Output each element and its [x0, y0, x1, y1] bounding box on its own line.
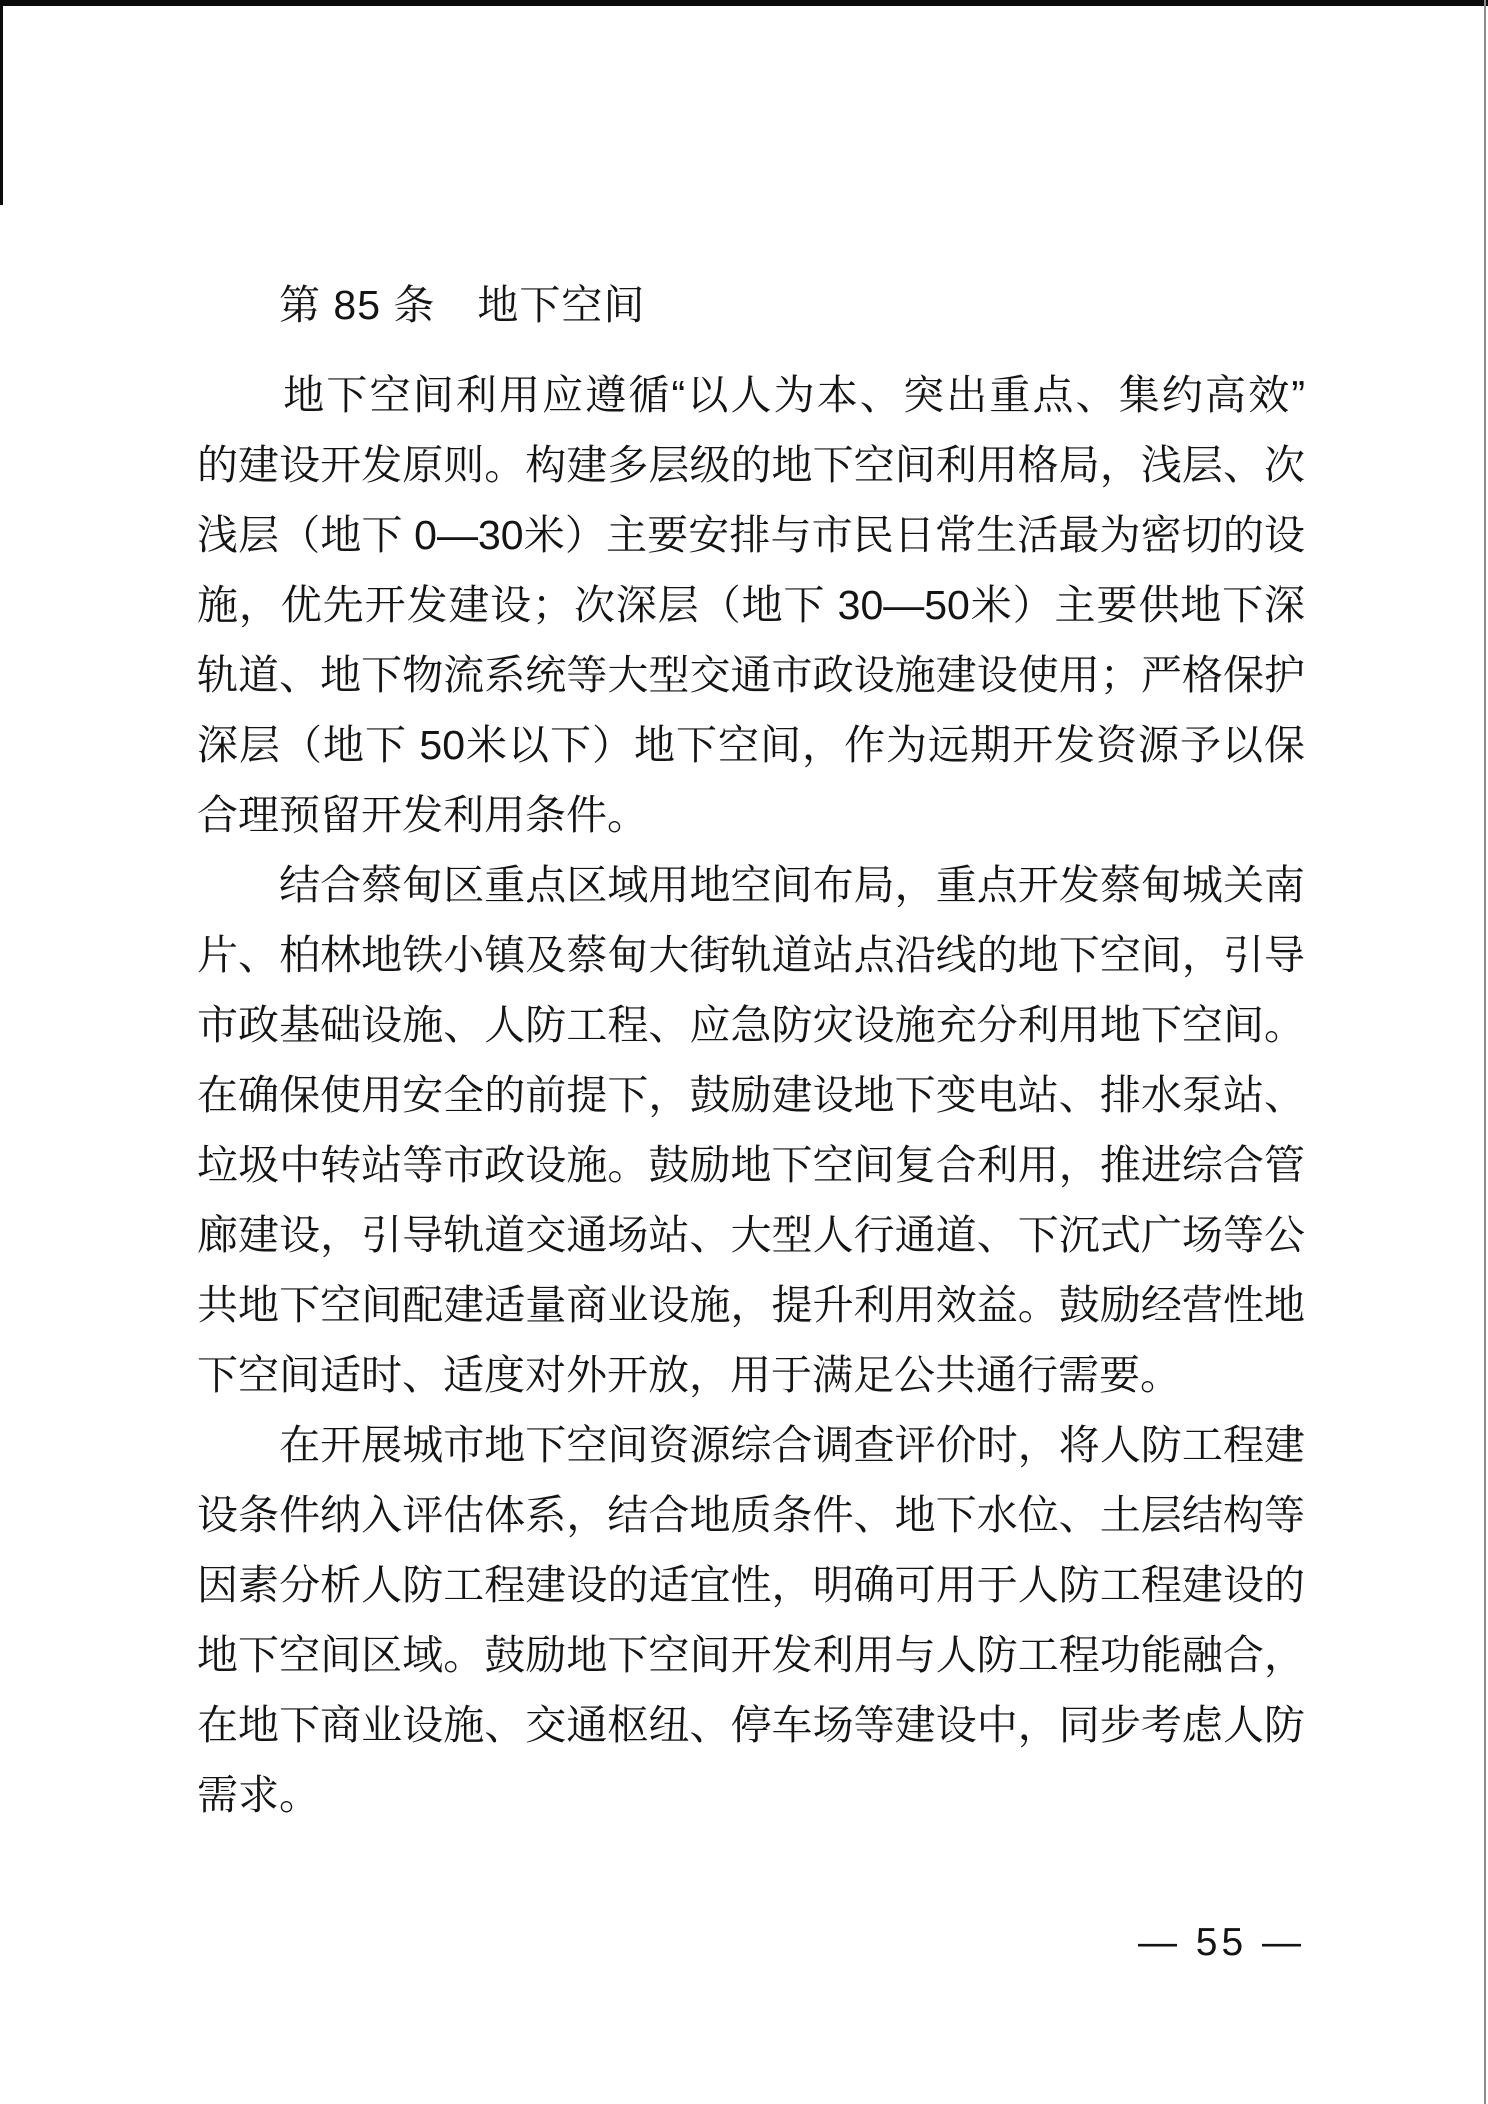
text-line: 片、柏林地铁小镇及蔡甸大街轨道站点沿线的地下空间，引导: [197, 920, 1305, 990]
text-line: 合理预留开发利用条件。: [197, 780, 1305, 850]
text-line: 轨道、地下物流系统等大型交通市政设施建设使用；严格保护: [197, 640, 1305, 710]
document-body: 地下空间利用应遵循“以人为本、突出重点、集约高效”的建设开发原则。构建多层级的地…: [197, 360, 1305, 1830]
text-line: 施，优先开发建设；次深层（地下 30—50米）主要供地下深层: [197, 570, 1305, 640]
paragraph: 地下空间利用应遵循“以人为本、突出重点、集约高效”的建设开发原则。构建多层级的地…: [197, 360, 1305, 850]
article-title: 第 85 条 地下空间: [197, 270, 1305, 340]
page-number: — 55 —: [1138, 1908, 1305, 1978]
text-line: 的建设开发原则。构建多层级的地下空间利用格局，浅层、次: [197, 430, 1305, 500]
text-line: 浅层（地下 0—30米）主要安排与市民日常生活最为密切的设: [197, 500, 1305, 570]
scan-artifact-top-bar: [0, 0, 1488, 6]
text-line: 垃圾中转站等市政设施。鼓励地下空间复合利用，推进综合管: [197, 1130, 1305, 1200]
scan-artifact-left-tick: [0, 0, 3, 205]
text-line: 因素分析人防工程建设的适宜性，明确可用于人防工程建设的: [197, 1550, 1305, 1620]
text-line: 市政基础设施、人防工程、应急防灾设施充分利用地下空间。: [197, 990, 1305, 1060]
paragraph: 在开展城市地下空间资源综合调查评价时，将人防工程建设条件纳入评估体系，结合地质条…: [197, 1410, 1305, 1830]
text-line: 结合蔡甸区重点区域用地空间布局，重点开发蔡甸城关南: [197, 850, 1305, 920]
text-line: 廊建设，引导轨道交通场站、大型人行通道、下沉式广场等公: [197, 1200, 1305, 1270]
text-line: 下空间适时、适度对外开放，用于满足公共通行需要。: [197, 1340, 1305, 1410]
text-line: 在确保使用安全的前提下，鼓励建设地下变电站、排水泵站、: [197, 1060, 1305, 1130]
text-line: 需求。: [197, 1760, 1305, 1830]
paragraph: 结合蔡甸区重点区域用地空间布局，重点开发蔡甸城关南片、柏林地铁小镇及蔡甸大街轨道…: [197, 850, 1305, 1410]
text-line: 设条件纳入评估体系，结合地质条件、地下水位、土层结构等: [197, 1480, 1305, 1550]
scan-artifact-right-line: [1484, 0, 1486, 2104]
text-line: 地下空间区域。鼓励地下空间开发利用与人防工程功能融合，: [197, 1620, 1305, 1690]
text-line: 地下空间利用应遵循“以人为本、突出重点、集约高效”: [197, 360, 1305, 430]
text-line: 在开展城市地下空间资源综合调查评价时，将人防工程建: [197, 1410, 1305, 1480]
text-line: 共地下空间配建适量商业设施，提升利用效益。鼓励经营性地: [197, 1270, 1305, 1340]
document-page: 第 85 条 地下空间 地下空间利用应遵循“以人为本、突出重点、集约高效”的建设…: [197, 270, 1305, 1830]
text-line: 深层（地下 50米以下）地下空间，作为远期开发资源予以保护，: [197, 710, 1305, 780]
text-line: 在地下商业设施、交通枢纽、停车场等建设中，同步考虑人防: [197, 1690, 1305, 1760]
